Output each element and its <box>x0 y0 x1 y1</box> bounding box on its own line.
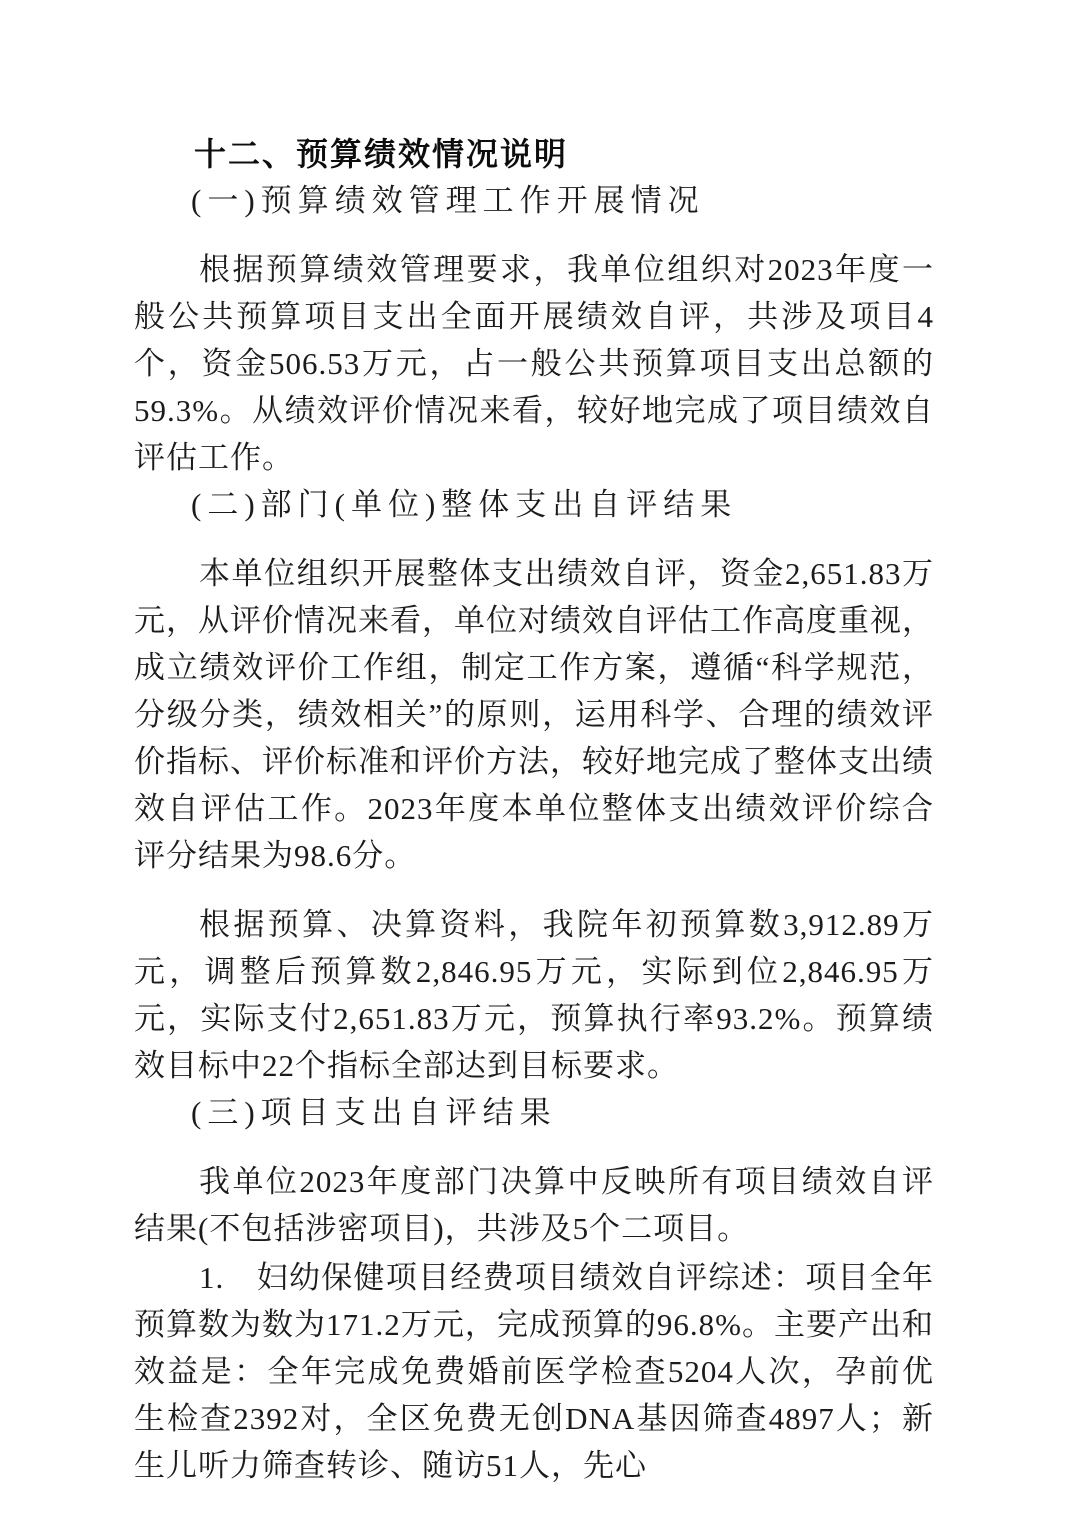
section-subheading: (二)部门(单位)整体支出自评结果 <box>134 481 934 528</box>
document-heading: 十二、预算绩效情况说明 <box>134 131 934 177</box>
document-sections: (一)预算绩效管理工作开展情况根据预算绩效管理要求，我单位组织对2023年度一般… <box>134 177 934 1489</box>
body-paragraph: 我单位2023年度部门决算中反映所有项目绩效自评结果(不包括涉密项目)，共涉及5… <box>134 1158 934 1252</box>
section-subheading: (三)项目支出自评结果 <box>134 1089 934 1136</box>
document-content: 十二、预算绩效情况说明 (一)预算绩效管理工作开展情况根据预算绩效管理要求，我单… <box>134 131 934 1489</box>
body-paragraph: 本单位组织开展整体支出绩效自评，资金2,651.83万元，从评价情况来看，单位对… <box>134 550 934 879</box>
body-paragraph: 根据预算绩效管理要求，我单位组织对2023年度一般公共预算项目支出全面开展绩效自… <box>134 246 934 481</box>
document-page: 十二、预算绩效情况说明 (一)预算绩效管理工作开展情况根据预算绩效管理要求，我单… <box>0 0 1074 1520</box>
section-subheading: (一)预算绩效管理工作开展情况 <box>134 177 934 224</box>
body-paragraph: 根据预算、决算资料，我院年初预算数3,912.89万元，调整后预算数2,846.… <box>134 901 934 1089</box>
body-paragraph: 1. 妇幼保健项目经费项目绩效自评综述：项目全年预算数为数为171.2万元，完成… <box>134 1254 934 1489</box>
